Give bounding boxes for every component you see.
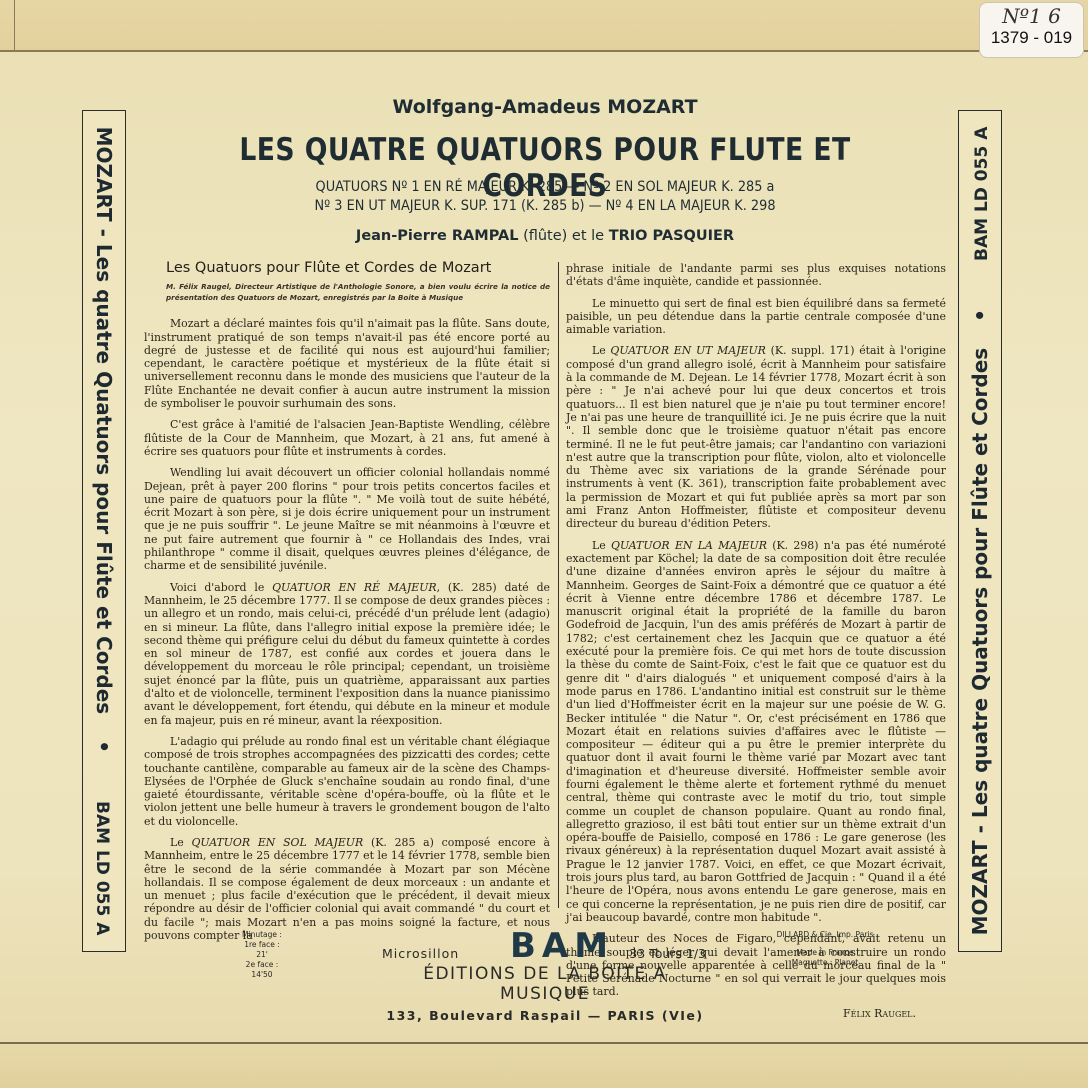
column-divider [558,262,559,908]
inventory-number: 1379 - 019 [980,27,1083,49]
made-in: Made in France [770,948,880,958]
liner-notes-left-column: Les Quatuors pour Flûte et Cordes de Moz… [144,262,550,950]
works-list: QUATUORS Nº 1 EN RÉ MAJEUR K. 285 — Nº 2… [182,178,909,216]
spine-right-title: MOZART - Les quatre Quatuors pour Flûte … [968,348,992,936]
spine-left-catalog: BAM LD 055 A [92,801,112,935]
notes-paragraph: C'est grâce à l'amitié de l'alsacien Jea… [144,418,550,458]
notes-paragraph: Wendling lui avait découvert un officier… [144,466,550,572]
performer-ensemble: TRIO PASQUIER [609,228,734,244]
inventory-sticker: Nº1 6 1379 - 019 [979,2,1084,58]
performers: Jean-Pierre RAMPAL (flûte) et le TRIO PA… [150,228,940,244]
publisher-address: 133, Boulevard Raspail — PARIS (VIe) [380,1008,710,1023]
bottom-flap [0,1042,1088,1088]
top-flap [0,0,1088,52]
handwritten-note: Nº1 6 [980,3,1083,27]
bullet-icon: • [968,309,992,322]
spine-right-catalog: BAM LD 055 A [972,127,992,261]
notes-paragraph: Le QUATUOR EN SOL MAJEUR (K. 285 a) comp… [144,836,550,942]
notes-title: Les Quatuors pour Flûte et Cordes de Moz… [166,262,550,275]
bam-logo: BAM [510,926,614,966]
timing-block: Minutage : 1re face : 21' 2e face : 14'5… [222,930,302,980]
works-line-1: QUATUORS Nº 1 EN RÉ MAJEUR K. 285 — Nº 2… [182,178,909,197]
printer: DILLARD & Cie, Imp. Paris [770,930,880,940]
spine-right: MOZART - Les quatre Quatuors pour Flûte … [958,110,1002,952]
notes-paragraph: Le QUATUOR EN LA MAJEUR (K. 298) n'a pas… [566,539,946,925]
flap-edge [0,0,15,52]
notes-paragraph: Voici d'abord le QUATUOR EN RÉ MAJEUR, (… [144,581,550,727]
format: Microsillon [382,946,459,961]
notes-paragraph: Le QUATUOR EN UT MAJEUR (K. suppl. 171) … [566,344,946,530]
notes-paragraph: L'adagio qui prélude au rondo final est … [144,735,550,828]
side2-duration: 14'50 [222,970,302,979]
side1-duration: 21' [222,950,302,959]
works-line-2: Nº 3 EN UT MAJEUR K. SUP. 171 (K. 285 b)… [182,197,909,216]
publisher-name: ÉDITIONS DE LA BOITE A MUSIQUE [380,964,710,1004]
notes-credit: M. Félix Raugel, Directeur Artistique de… [166,281,550,303]
composer-name: Wolfgang-Amadeus MOZART [150,96,940,118]
notes-paragraph: phrase initiale de l'andante parmi ses p… [566,262,946,289]
liner-notes-right-column: phrase initiale de l'andante parmi ses p… [566,262,946,1020]
notes-paragraph: Le minuetto qui sert de final est bien é… [566,297,946,337]
spine-left: MOZART - Les quatre Quatuors pour Flûte … [82,110,126,952]
label-block: Microsillon BAM 33 Tours 1/3 ÉDITIONS DE… [380,930,710,1023]
design-credit: Maquette : Planet [770,958,880,968]
spine-left-title: MOZART - Les quatre Quatuors pour Flûte … [92,127,116,715]
performer-soloist: Jean-Pierre RAMPAL [356,228,519,244]
bullet-icon: • [92,740,116,753]
printer-block: DILLARD & Cie, Imp. Paris Made in France… [770,930,880,968]
speed: 33 Tours 1/3 [629,946,706,961]
record-sleeve-back: Nº1 6 1379 - 019 MOZART - Les quatre Qua… [0,0,1088,1088]
notes-paragraph: Mozart a déclaré maintes fois qu'il n'ai… [144,317,550,410]
